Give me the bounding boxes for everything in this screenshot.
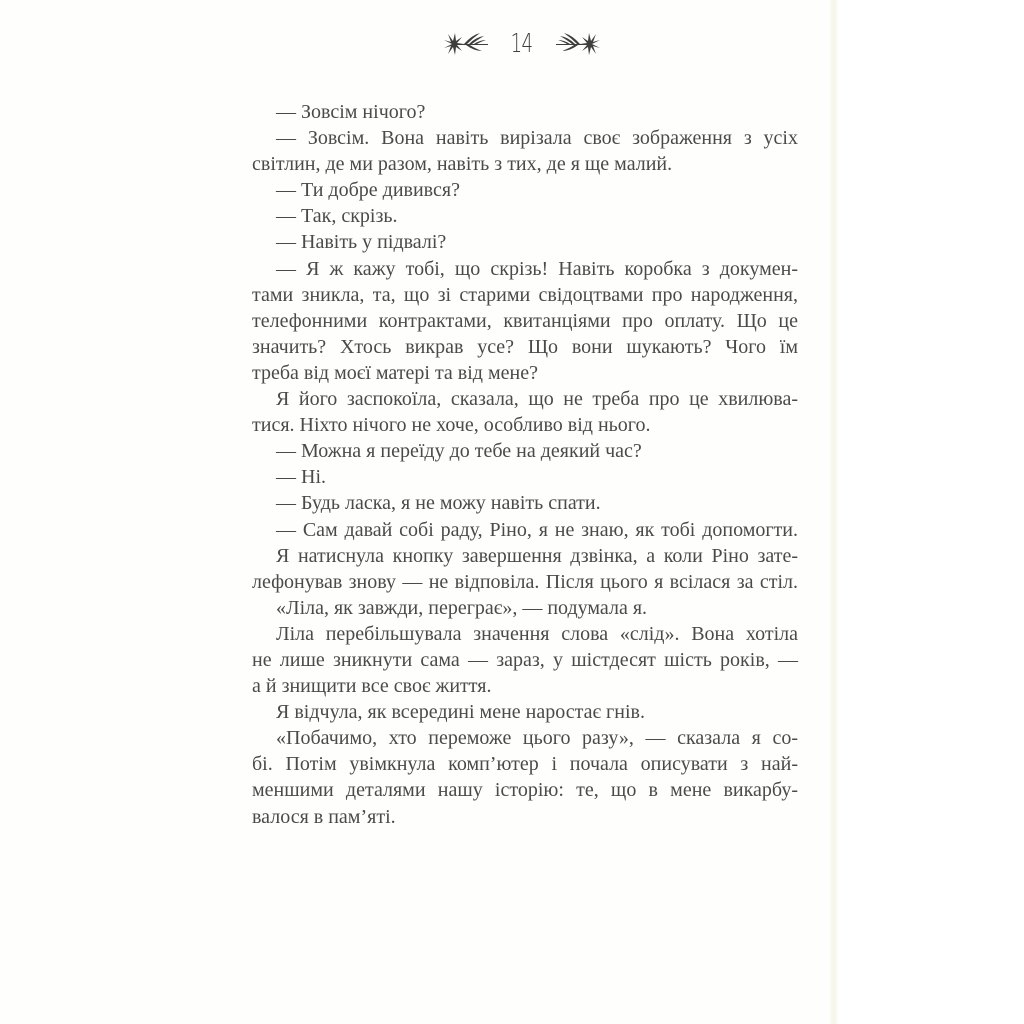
text-line: світлин, де ми разом, навіть з тих, де я… (252, 151, 798, 177)
text-line: валося в пам’яті. (252, 804, 798, 830)
page-edge (830, 0, 838, 1024)
leaf-ornament-icon (442, 29, 492, 59)
page-header: 14 (438, 26, 606, 62)
text-line: бі. Потім увімкнула комп’ютер і почала о… (252, 751, 798, 777)
text-line: — Зовсім нічого? (252, 99, 798, 125)
text-line: меншими деталями нашу історію: те, що в … (252, 777, 798, 803)
text-line: Я натиснула кнопку завершення дзвінка, а… (252, 543, 798, 569)
text-line: тися. Ніхто нічого не хоче, особливо від… (252, 412, 798, 438)
text-line: — Ти добре дивився? (252, 177, 798, 203)
page-number: 14 (511, 31, 533, 57)
text-line: — Так, скрізь. (252, 203, 798, 229)
text-line: «Ліла, як завжди, перегрaє», — подумала … (252, 595, 798, 621)
text-line: значить? Хтось викрав усе? Що вони шукаю… (252, 334, 798, 360)
leaf-ornament-icon (552, 29, 602, 59)
text-line: телефонними контрактами, квитанціями про… (252, 308, 798, 334)
text-line: не лише зникнути сама — зараз, у шістдес… (252, 647, 798, 673)
text-line: лефонував знову — не відповіла. Після ць… (252, 569, 798, 595)
text-line: — Навіть у підвалі? (252, 229, 798, 255)
text-line: тами зникла, та, що зі старими свідоцтва… (252, 282, 798, 308)
text-line: — Зовсім. Вона навіть вирізала своє зобр… (252, 125, 798, 151)
text-line: — Ні. (252, 464, 798, 490)
text-line: «Побачимо, хто переможе цього разу», — с… (252, 725, 798, 751)
text-line: треба від моєї матері та від мене? (252, 360, 798, 386)
text-line: Я його заспокоїла, сказала, що не треба … (252, 386, 798, 412)
text-line: Ліла перебільшувала значення слова «слід… (252, 621, 798, 647)
text-line: Я відчула, як всередині мене наростає гн… (252, 699, 798, 725)
text-line: — Сам давай собі раду, Ріно, я не знаю, … (252, 517, 798, 543)
text-line: — Будь ласка, я не можу навіть спати. (252, 490, 798, 516)
text-line: — Я ж кажу тобі, що скрізь! Навіть короб… (252, 256, 798, 282)
body-text: — Зовсім нічого? — Зовсім. Вона навіть в… (252, 99, 798, 830)
text-line: — Можна я переїду до тебе на деякий час? (252, 438, 798, 464)
text-line: а й знищити все своє життя. (252, 673, 798, 699)
